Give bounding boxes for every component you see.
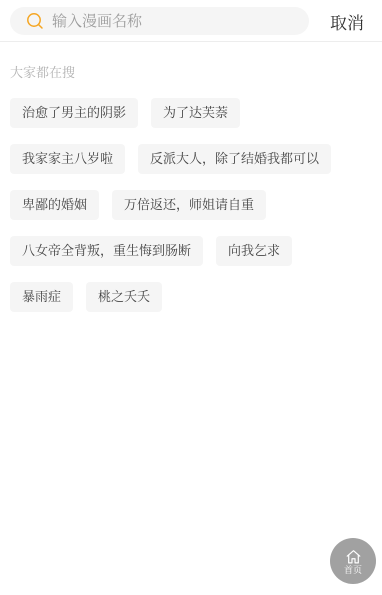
search-page: 取消 大家都在搜 治愈了男主的阴影 为了达芙萘 我家家主八岁啦 反派大人，除了结… [0,0,382,595]
home-fab-label: 首页 [344,565,362,576]
keyword-row: 治愈了男主的阴影 为了达芙萘 [10,98,372,128]
search-input[interactable] [52,13,297,30]
search-keyword-chip[interactable]: 向我乞求 [216,236,292,266]
search-bar [10,7,309,35]
search-keyword-chip[interactable]: 卑鄙的婚姻 [10,190,99,220]
hot-search-keywords: 治愈了男主的阴影 为了达芙萘 我家家主八岁啦 反派大人，除了结婚我都可以 卑鄙的… [0,98,382,312]
search-keyword-chip[interactable]: 桃之夭夭 [86,282,162,312]
cancel-button[interactable]: 取消 [330,9,364,34]
search-icon [26,12,44,30]
search-keyword-chip[interactable]: 我家家主八岁啦 [10,144,125,174]
keyword-row: 八女帝全背叛，重生悔到肠断 向我乞求 [10,236,372,266]
search-header: 取消 [0,0,382,35]
search-keyword-chip[interactable]: 反派大人，除了结婚我都可以 [138,144,331,174]
search-keyword-chip[interactable]: 暴雨症 [10,282,73,312]
keyword-row: 我家家主八岁啦 反派大人，除了结婚我都可以 [10,144,372,174]
keyword-row: 卑鄙的婚姻 万倍返还，师姐请自重 [10,190,372,220]
search-keyword-chip[interactable]: 为了达芙萘 [151,98,240,128]
search-keyword-chip[interactable]: 八女帝全背叛，重生悔到肠断 [10,236,203,266]
hot-search-title: 大家都在搜 [10,62,382,81]
search-keyword-chip[interactable]: 治愈了男主的阴影 [10,98,138,128]
search-keyword-chip[interactable]: 万倍返还，师姐请自重 [112,190,266,220]
keyword-row: 暴雨症 桃之夭夭 [10,282,372,312]
home-fab-button[interactable]: 首页 [330,538,376,584]
header-divider [0,41,382,42]
home-icon [345,547,362,565]
